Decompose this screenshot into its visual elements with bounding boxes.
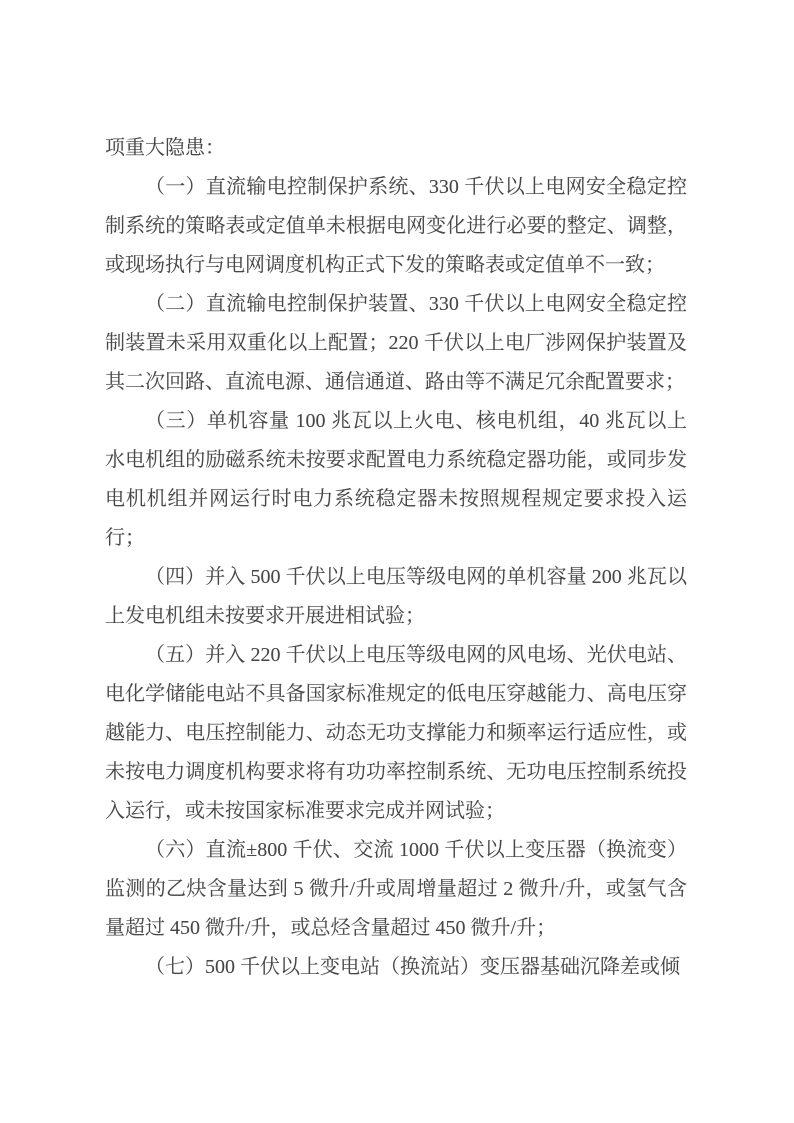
paragraph-item-3: （三）单机容量 100 兆瓦以上火电、核电机组，40 兆瓦以上水电机组的励磁系统… (105, 402, 687, 558)
paragraph-item-2: （二）直流输电控制保护装置、330 千伏以上电网安全稳定控制装置未采用双重化以上… (105, 285, 687, 402)
paragraph-item-7: （七）500 千伏以上变电站（换流站）变压器基础沉降差或倾 (105, 948, 687, 987)
paragraph-continuation: 项重大隐患： (105, 129, 687, 168)
paragraph-item-1: （一）直流输电控制保护系统、330 千伏以上电网安全稳定控制系统的策略表或定值单… (105, 168, 687, 285)
document-page: 项重大隐患： （一）直流输电控制保护系统、330 千伏以上电网安全稳定控制系统的… (0, 0, 794, 1123)
paragraph-item-5: （五）并入 220 千伏以上电压等级电网的风电场、光伏电站、电化学储能电站不具备… (105, 636, 687, 831)
paragraph-item-6: （六）直流±800 千伏、交流 1000 千伏以上变压器（换流变）监测的乙炔含量… (105, 831, 687, 948)
paragraph-item-4: （四）并入 500 千伏以上电压等级电网的单机容量 200 兆瓦以上发电机组未按… (105, 558, 687, 636)
document-body: 项重大隐患： （一）直流输电控制保护系统、330 千伏以上电网安全稳定控制系统的… (105, 129, 687, 987)
